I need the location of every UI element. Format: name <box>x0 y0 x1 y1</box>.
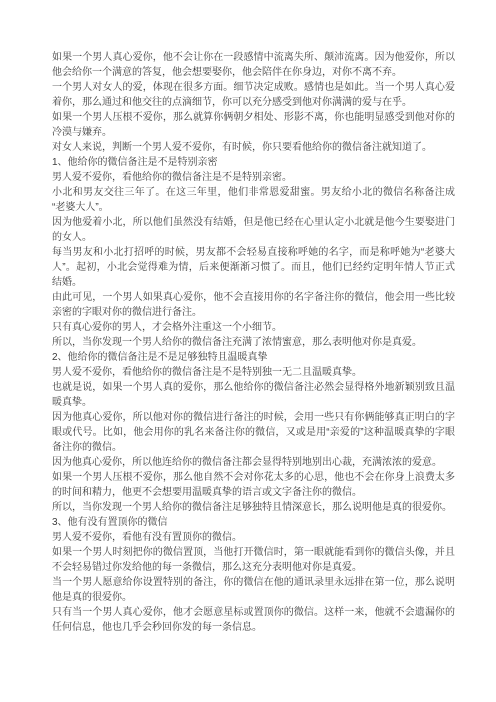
article-paragraph: 每当男友和小北打招呼的时候，男友都不会轻易直接称呼她的名字，而是称呼她为“老婆大… <box>52 245 455 290</box>
article-paragraph: 由此可见，一个男人如果真心爱你，他不会直接用你的名字备注你的微信，他会用一些比较… <box>52 290 455 320</box>
article-paragraph: 也就是说，如果一个男人真的爱你，那么他给你的微信备注必然会显得格外地新颖别致且温… <box>52 380 455 410</box>
section-heading: 3、他有没有置顶你的微信 <box>52 515 455 530</box>
article-paragraph: 所以，当你发现一个男人给你的微信备注充满了浓情蜜意，那么表明他对你是真爱。 <box>52 335 455 350</box>
article-paragraph: 如果一个男人压根不爱你，那么他自然不会对你花太多的心思，他也不会在你身上浪费太多… <box>52 470 455 500</box>
article-paragraph: 因为他真心爱你，所以他对你的微信进行备注的时候，会用一些只有你俩能够真正明白的字… <box>52 410 455 455</box>
article-paragraph: 当一个男人愿意给你设置特别的备注，你的微信在他的通讯录里永远排在第一位，那么说明… <box>52 575 455 605</box>
article-paragraph: 因为他爱着小北，所以他们虽然没有结婚，但是他已经在心里认定小北就是他今生要娶进门… <box>52 215 455 245</box>
article: 如果一个男人真心爱你，他不会让你在一段感情中流离失所、颠沛流离。因为他爱你，所以… <box>52 50 455 635</box>
article-paragraph: 男人爱不爱你，看他有没有置顶你的微信。 <box>52 530 455 545</box>
article-paragraph: 如果一个男人真心爱你，他不会让你在一段感情中流离失所、颠沛流离。因为他爱你，所以… <box>52 50 455 80</box>
article-paragraph: 男人爱不爱你，看他给你的微信备注是不是特别独一无二且温暖真挚。 <box>52 365 455 380</box>
article-paragraph: 小北和男友交往三年了。在这三年里，他们非常恩爱甜蜜。男友给小北的微信名称备注成“… <box>52 185 455 215</box>
article-paragraph: 只有当一个男人真心爱你，他才会愿意星标或置顶你的微信。这样一来，他就不会遗漏你的… <box>52 605 455 635</box>
article-paragraph: 男人爱不爱你，看他给你的微信备注是不是特别亲密。 <box>52 170 455 185</box>
article-paragraph: 所以，当你发现一个男人给你的微信备注足够独特且情深意长，那么说明他是真的很爱你。 <box>52 500 455 515</box>
document-page: 如果一个男人真心爱你，他不会让你在一段感情中流离失所、颠沛流离。因为他爱你，所以… <box>0 0 496 702</box>
article-paragraph: 如果一个男人压根不爱你，那么就算你俩朝夕相处、形影不离，你也能明显感受到他对你的… <box>52 110 455 140</box>
article-paragraph: 对女人来说，判断一个男人爱不爱你，有时候，你只要看他给你的微信备注就知道了。 <box>52 140 455 155</box>
article-paragraph: 如果一个男人时刻把你的微信置顶，当他打开微信时，第一眼就能看到你的微信头像，并且… <box>52 545 455 575</box>
section-heading: 1、他给你的微信备注是不是特别亲密 <box>52 155 455 170</box>
section-heading: 2、他给你的微信备注是不是足够独特且温暖真挚 <box>52 350 455 365</box>
article-paragraph: 一个男人对女人的爱，体现在很多方面。细节决定成败。感情也是如此。当一个男人真心爱… <box>52 80 455 110</box>
article-paragraph: 因为他真心爱你，所以他连给你的微信备注都会显得特别地别出心裁，充满浓浓的爱意。 <box>52 455 455 470</box>
article-paragraph: 只有真心爱你的男人，才会格外注重这一个小细节。 <box>52 320 455 335</box>
